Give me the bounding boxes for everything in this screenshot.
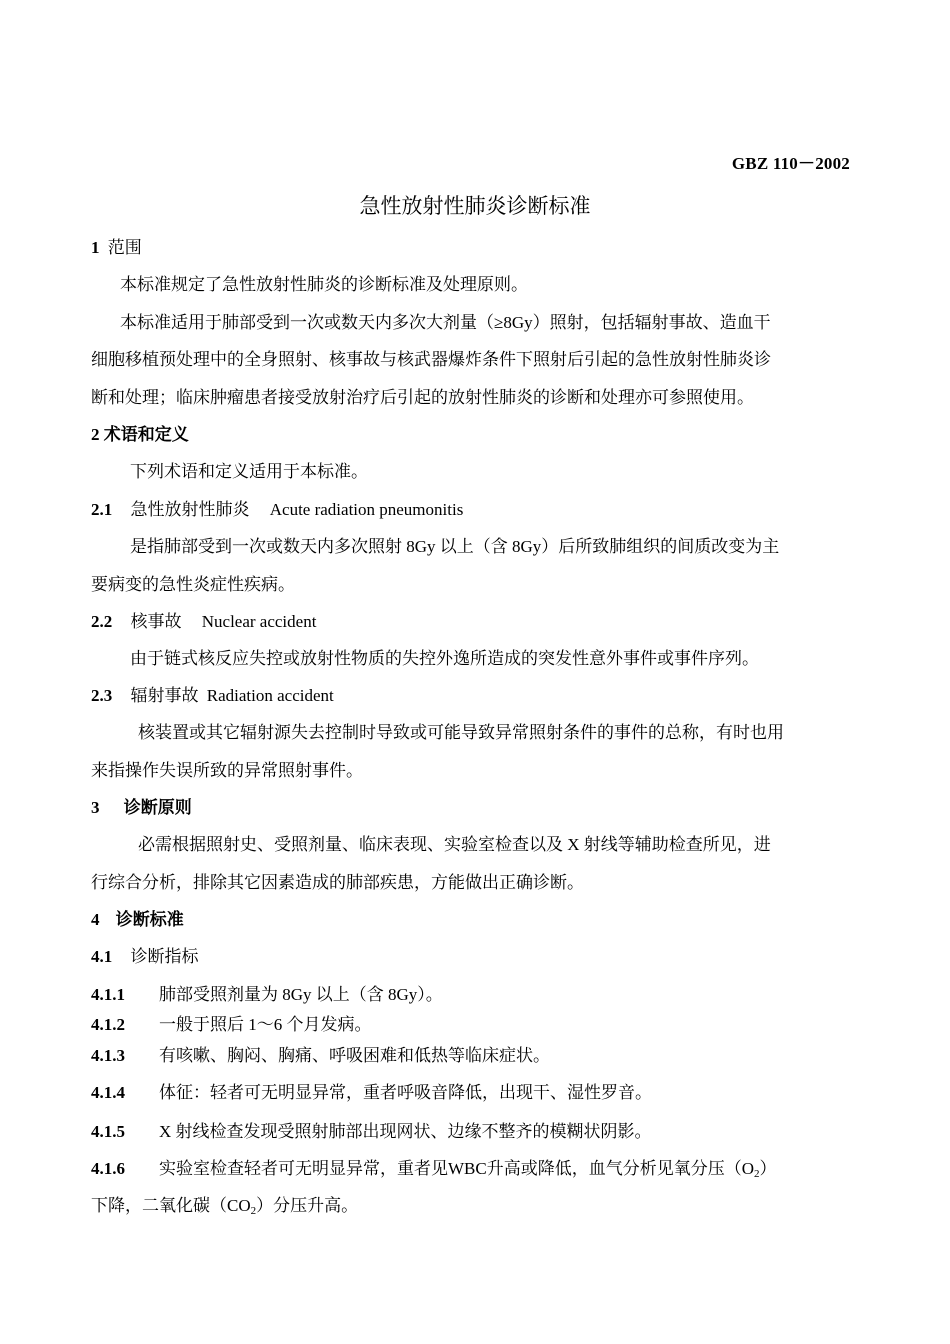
criterion-text: 实验室检查轻者可无明显异常，重者见WBC升高或降低，血气分析见氧分压（O (159, 1159, 754, 1178)
criterion-item: 4.1.6实验室检查轻者可无明显异常，重者见WBC升高或降低，血气分析见氧分压（… (91, 1158, 861, 1185)
paragraph-line: 必需根据照射史、受照剂量、临床表现、实验室检查以及 X 射线等辅助检查所见，进 (138, 834, 860, 856)
term-definition-line: 由于链式核反应失控或放射性物质的失控外逸所造成的突发性意外事件或事件序列。 (130, 648, 900, 670)
section-number: 1 (91, 238, 100, 257)
term-number: 2.3 (91, 685, 112, 707)
term-definition-line: 要病变的急性炎症性疾病。 (91, 574, 861, 596)
section-title: 诊断原则 (124, 798, 192, 817)
paragraph-line: 行综合分析，排除其它因素造成的肺部疾患，方能做出正确诊断。 (91, 872, 861, 894)
criterion-continuation: 下降，二氧化碳（CO2）分压升高。 (91, 1195, 861, 1222)
term-heading-2-3: 2.3 辐射事故 Radiation accident (91, 685, 861, 707)
section-number: 2 (91, 425, 100, 444)
criterion-text: ） (760, 1159, 777, 1178)
section-title: 范围 (108, 238, 142, 257)
criterion-item: 4.1.5X 射线检查发现受照射肺部出现网状、边缘不整齐的模糊状阴影。 (91, 1121, 861, 1143)
term-definition-line: 是指肺部受到一次或数天内多次照射 8Gy 以上（含 8Gy）后所致肺组织的间质改… (130, 536, 900, 558)
section-3-heading: 3 诊断原则 (91, 797, 861, 819)
term-cn: 辐射事故 (131, 686, 199, 705)
term-definition-line: 来指操作失误所致的异常照射事件。 (91, 760, 861, 782)
term-heading-2-2: 2.2 核事故 Nuclear accident (91, 611, 861, 633)
term-definition-line: 核装置或其它辐射源失去控制时导致或可能导致异常照射条件的事件的总称，有时也用 (138, 722, 860, 744)
paragraph-line: 细胞移植预处理中的全身照射、核事故与核武器爆炸条件下照射后引起的急性放射性肺炎诊 (91, 349, 861, 371)
criterion-item: 4.1.1肺部受照剂量为 8Gy 以上（含 8Gy）。 (91, 984, 861, 1006)
term-cn: 核事故 (131, 612, 182, 631)
term-number: 2.2 (91, 611, 112, 633)
criterion-text: ）分压升高。 (256, 1196, 358, 1215)
section-title: 诊断标准 (116, 910, 184, 929)
section-number: 4 (91, 910, 100, 929)
criterion-item: 4.1.3有咳嗽、胸闷、胸痛、呼吸困难和低热等临床症状。 (91, 1045, 861, 1067)
paragraph: 下列术语和定义适用于本标准。 (130, 461, 900, 483)
paragraph-line: 本标准适用于肺部受到一次或数天内多次大剂量（≥8Gy）照射，包括辐射事故、造血干 (120, 312, 861, 334)
criterion-number: 4.1.5 (91, 1121, 159, 1143)
subsection-number: 4.1 (91, 946, 112, 968)
criterion-text: 一般于照后 1～6 个月发病。 (159, 1015, 372, 1034)
term-en: Acute radiation pneumonitis (270, 500, 464, 519)
term-cn: 急性放射性肺炎 (131, 500, 250, 519)
section-4-heading: 4 诊断标准 (91, 909, 861, 931)
criterion-text: 肺部受照剂量为 8Gy 以上（含 8Gy）。 (159, 985, 443, 1004)
subsection-4-1-heading: 4.1 诊断指标 (91, 946, 861, 968)
criterion-text: X 射线检查发现受照射肺部出现网状、边缘不整齐的模糊状阴影。 (159, 1122, 652, 1141)
criterion-number: 4.1.4 (91, 1082, 159, 1104)
criterion-item: 4.1.4体征：轻者可无明显异常，重者呼吸音降低，出现干、湿性罗音。 (91, 1082, 861, 1104)
term-en: Radiation accident (207, 686, 334, 705)
criterion-number: 4.1.2 (91, 1014, 159, 1036)
paragraph-line: 断和处理；临床肿瘤患者接受放射治疗后引起的放射性肺炎的诊断和处理亦可参照使用。 (91, 387, 861, 409)
section-number: 3 (91, 798, 100, 817)
criterion-number: 4.1.6 (91, 1158, 159, 1180)
term-en: Nuclear accident (202, 612, 317, 631)
criterion-number: 4.1.3 (91, 1045, 159, 1067)
subsection-title: 诊断指标 (131, 947, 199, 966)
term-heading-2-1: 2.1 急性放射性肺炎 Acute radiation pneumonitis (91, 499, 861, 521)
section-2-heading: 2 术语和定义 (91, 424, 861, 446)
section-1-heading: 1 范围 (91, 237, 861, 259)
term-number: 2.1 (91, 499, 112, 521)
document-page: GBZ 110－2002 急性放射性肺炎诊断标准 1 范围 本标准规定了急性放射… (0, 0, 950, 1344)
document-code: GBZ 110－2002 (732, 149, 850, 174)
criterion-text: 下降，二氧化碳（CO (91, 1196, 251, 1215)
criterion-text: 体征：轻者可无明显异常，重者呼吸音降低，出现干、湿性罗音。 (159, 1083, 652, 1102)
document-title: 急性放射性肺炎诊断标准 (0, 190, 950, 220)
criterion-item: 4.1.2一般于照后 1～6 个月发病。 (91, 1014, 861, 1036)
criterion-text: 有咳嗽、胸闷、胸痛、呼吸困难和低热等临床症状。 (159, 1046, 550, 1065)
section-title: 术语和定义 (104, 425, 189, 444)
paragraph: 本标准规定了急性放射性肺炎的诊断标准及处理原则。 (120, 274, 890, 296)
criterion-number: 4.1.1 (91, 984, 159, 1006)
